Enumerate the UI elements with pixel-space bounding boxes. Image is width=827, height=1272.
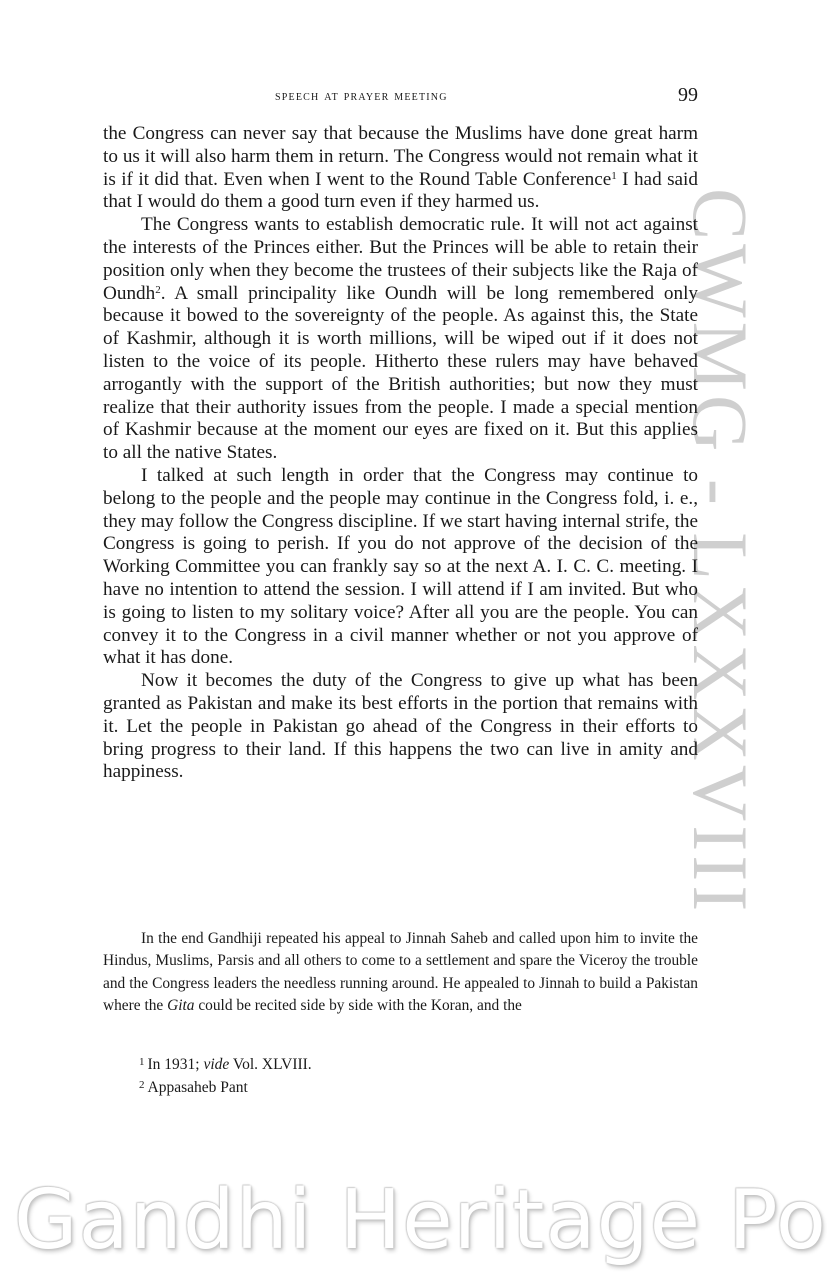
page-number: 99	[678, 84, 698, 107]
document-page: CWMG - LXXXVIII SPEECH AT PRAYER MEETING…	[0, 0, 827, 1272]
paragraph-3: I talked at such length in order that th…	[103, 465, 698, 670]
footnote-1-italic: vide	[203, 1056, 229, 1073]
speech-body: the Congress can never say that because …	[103, 123, 698, 784]
paragraph-2-tail: . A small principality like Oundh will b…	[103, 283, 698, 464]
gita-italic: Gita	[167, 997, 194, 1014]
footnotes: 1In 1931; vide Vol. XLVIII. 2Appasaheb P…	[139, 1052, 312, 1098]
reported-summary: In the end Gandhiji repeated his appeal …	[103, 928, 698, 1017]
gandhi-heritage-portal-watermark: Gandhi Heritage Portal	[14, 1180, 814, 1262]
footnote-1: 1In 1931; vide Vol. XLVIII.	[139, 1052, 312, 1075]
paragraph-4: Now it becomes the duty of the Congress …	[103, 670, 698, 784]
footnote-2-mark: 2	[139, 1079, 145, 1091]
cwmg-volume-watermark: CWMG - LXXXVIII	[690, 188, 750, 1078]
paragraph-2: The Congress wants to establish democrat…	[103, 214, 698, 465]
footnote-1-mark: 1	[139, 1056, 145, 1068]
summary-paragraph: In the end Gandhiji repeated his appeal …	[103, 928, 698, 1017]
footnote-2-text: Appasaheb Pant	[148, 1079, 248, 1096]
footnote-2: 2Appasaheb Pant	[139, 1075, 312, 1098]
running-title: SPEECH AT PRAYER MEETING	[275, 88, 448, 105]
footnote-1-text: In 1931;	[148, 1056, 204, 1073]
paragraph-1: the Congress can never say that because …	[103, 123, 698, 214]
summary-text-tail: could be recited side by side with the K…	[194, 997, 521, 1014]
page-header: SPEECH AT PRAYER MEETING 99	[103, 86, 698, 112]
paragraph-1-text: the Congress can never say that because …	[103, 123, 698, 190]
footnote-1-tail: Vol. XLVIII.	[229, 1056, 311, 1073]
